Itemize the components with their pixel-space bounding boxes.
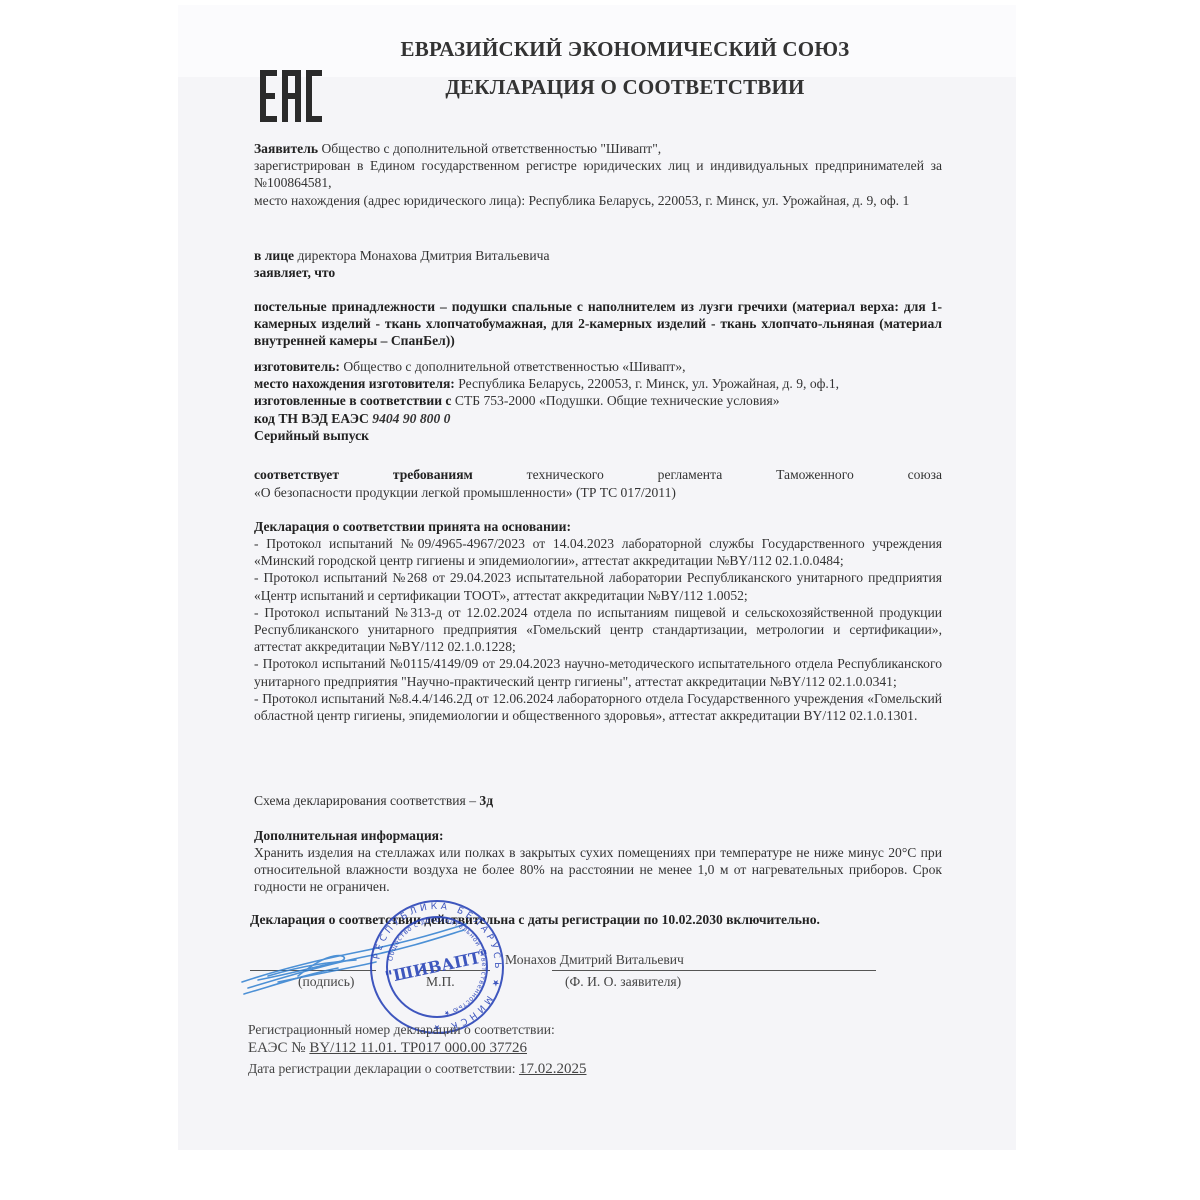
scheme-label: Схема декларирования соответствия – [254, 793, 476, 808]
registration-number-line: ЕАЭС № BY/112 11.01. ТР017 000.00 37726 [248, 1040, 936, 1057]
production-type-text: Серийный выпуск [254, 428, 369, 443]
conformity-word: регламента [658, 466, 723, 483]
additional-title-text: Дополнительная информация: [254, 828, 444, 843]
basis-title-text: Декларация о соответствии принята на осн… [254, 519, 571, 534]
applicant-registration: зарегистрирован в Едином государственном… [254, 157, 942, 191]
registration-prefix: ЕАЭС № [248, 1040, 306, 1056]
conformity-word: требованиям [393, 466, 473, 483]
hs-code-line: код ТН ВЭД ЕАЭС 9404 90 800 0 [254, 410, 942, 427]
product-description: постельные принадлежности – подушки спал… [254, 298, 942, 350]
manufacturer-block: изготовитель: Общество с дополнительной … [254, 358, 942, 444]
registration-date-line: Дата регистрации декларации о соответств… [248, 1060, 936, 1078]
standard-value: СТБ 753-2000 «Подушки. Общие технические… [455, 393, 780, 408]
manufacturer-address: Республика Беларусь, 220053, г. Минск, у… [458, 376, 839, 391]
protocol-item: - Протокол испытаний №268 от 29.04.2023 … [254, 569, 942, 603]
scheme-value: 3д [479, 793, 493, 808]
protocol-item: - Протокол испытаний №313-д от 12.02.202… [254, 604, 942, 656]
manufacturer-address-line: место нахождения изготовителя: Республик… [254, 375, 942, 392]
applicant-name: Общество с дополнительной ответственност… [321, 141, 661, 156]
protocol-item: - Протокол испытаний №8.4.4/146.2Д от 12… [254, 690, 942, 724]
eac-logo-icon [258, 68, 324, 124]
representative-name: директора Монахова Дмитрия Витальевича [297, 248, 549, 263]
manufacturer-name: Общество с дополнительной ответственност… [343, 359, 685, 374]
protocol-list: - Протокол испытаний №09/4965-4967/2023 … [254, 535, 942, 724]
conformity-word: Таможенного [776, 466, 854, 483]
declares-line: заявляет, что [254, 264, 942, 281]
name-caption: (Ф. И. О. заявителя) [565, 974, 681, 990]
manufacturer-label: изготовитель: [254, 359, 340, 374]
representative-label: в лице [254, 248, 294, 263]
basis-title: Декларация о соответствии принята на осн… [254, 518, 942, 535]
applicant-label: Заявитель [254, 141, 318, 156]
scheme-line: Схема декларирования соответствия – 3д [254, 792, 942, 809]
hs-code-label: код ТН ВЭД ЕАЭС [254, 411, 369, 426]
protocol-item: - Протокол испытаний №0115/4149/09 от 29… [254, 655, 942, 689]
union-title: ЕВРАЗИЙСКИЙ ЭКОНОМИЧЕСКИЙ СОЮЗ [330, 37, 920, 62]
product-description-text: постельные принадлежности – подушки спал… [254, 299, 942, 348]
signer-name: Монахов Дмитрий Витальевич [505, 952, 684, 968]
registration-date-label: Дата регистрации декларации о соответств… [248, 1061, 516, 1076]
registration-date: 17.02.2025 [519, 1061, 587, 1077]
hs-code-value: 9404 90 800 0 [372, 411, 450, 426]
name-line [552, 970, 876, 971]
declares-text: заявляет, что [254, 265, 335, 280]
standard-line: изготовленные в соответствии с СТБ 753-2… [254, 392, 942, 409]
conformity-word: соответствует [254, 466, 339, 483]
protocol-item: - Протокол испытаний №09/4965-4967/2023 … [254, 535, 942, 569]
stamp-center-text: "ШИВАПТ" [383, 946, 490, 987]
additional-title: Дополнительная информация: [254, 827, 942, 844]
registration-number-label: Регистрационный номер декларации о соотв… [248, 1021, 936, 1038]
standard-label: изготовленные в соответствии с [254, 393, 451, 408]
company-stamp-icon: РЕСПУБЛИКА БЕЛАРУСЬ ★ МИНСК ★ Общество с… [368, 898, 506, 1036]
conformity-line: соответствует требованиям технического р… [254, 466, 942, 483]
additional-text: Хранить изделия на стеллажах или полках … [254, 844, 942, 896]
document-title: ДЕКЛАРАЦИЯ О СООТВЕТСТВИИ [330, 75, 920, 100]
applicant-address: место нахождения (адрес юридического лиц… [254, 192, 942, 209]
conformity-word: союза [908, 466, 942, 483]
representative-line: в лице директора Монахова Дмитрия Виталь… [254, 247, 942, 264]
conformity-word: технического [527, 466, 604, 483]
production-type: Серийный выпуск [254, 427, 942, 444]
regulation-line: «О безопасности продукции легкой промышл… [254, 484, 942, 501]
manufacturer-address-label: место нахождения изготовителя: [254, 376, 455, 391]
manufacturer-line: изготовитель: Общество с дополнительной … [254, 358, 942, 375]
registration-number: BY/112 11.01. ТР017 000.00 37726 [309, 1040, 527, 1056]
applicant-block: Заявитель Общество с дополнительной отве… [254, 140, 942, 209]
